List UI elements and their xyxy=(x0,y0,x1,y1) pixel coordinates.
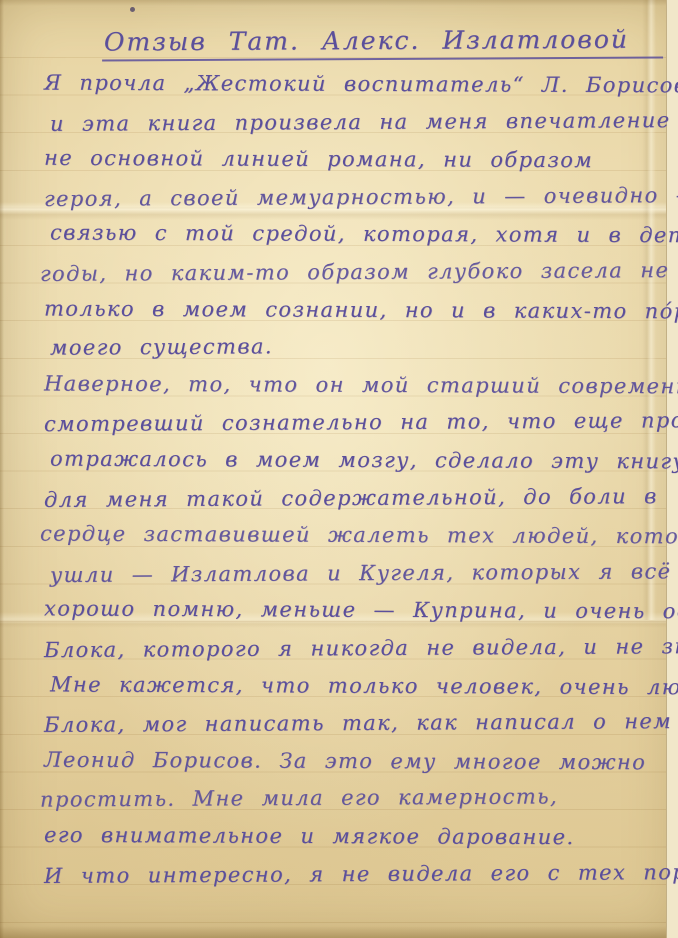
handwriting-line: и эта книга произвела на меня впечатлени… xyxy=(50,108,671,136)
handwriting-line: И что интересно, я не видела его с тех п… xyxy=(44,860,678,888)
handwriting-line: не основной линией романа, ни образом xyxy=(44,146,593,172)
handwriting-line: для меня такой содержательной, до боли в xyxy=(44,484,658,512)
handwriting-line: Я прочла „Жестокий воспитатель“ Л. Борис… xyxy=(44,71,678,98)
handwriting-line: Блока, которого я никогда не видела, и н… xyxy=(44,634,678,662)
manuscript-page: Отзыв Тат. Алекс. Излатловой Я прочла „Ж… xyxy=(0,0,678,938)
handwriting-line: Леонид Борисов. За это ему многое можно xyxy=(44,747,646,774)
handwriting-line: смотревший сознательно на то, что еще пр… xyxy=(44,408,678,436)
handwriting-line: связью с той средой, которая, хотя и в д… xyxy=(50,221,678,248)
handwriting-line: ушли — Излатлова и Кугеля, которых я всё… xyxy=(50,559,678,587)
handwriting-line: моего существа. xyxy=(50,335,273,360)
handwriting-line: годы, но каким-то образом глубоко засела… xyxy=(40,258,669,286)
handwriting-line: хорошо помню, меньше — Куприна, и очень … xyxy=(44,597,678,624)
handwriting-line: его внимательное и мягкое дарование. xyxy=(44,823,575,849)
handwriting-line: простить. Мне мила его камерность, xyxy=(40,785,558,812)
handwriting-line: героя, а своей мемуарностью, и — очевидн… xyxy=(44,183,678,211)
handwritten-text-block: Я прочла „Жестокий воспитатель“ Л. Борис… xyxy=(0,0,678,938)
handwriting-line: Блока, мог написать так, как написал о н… xyxy=(44,709,672,737)
handwriting-line: только в моем сознании, но и в каких-то … xyxy=(44,296,678,323)
handwriting-line: Наверное, то, что он мой старший совреме… xyxy=(44,371,678,398)
handwriting-line: отражалось в моем мозгу, сделало эту кни… xyxy=(50,447,678,474)
handwriting-line: Мне кажется, что только человек, очень л… xyxy=(50,672,678,699)
handwriting-line: сердце заставившей жалеть тех людей, кот… xyxy=(40,522,678,549)
